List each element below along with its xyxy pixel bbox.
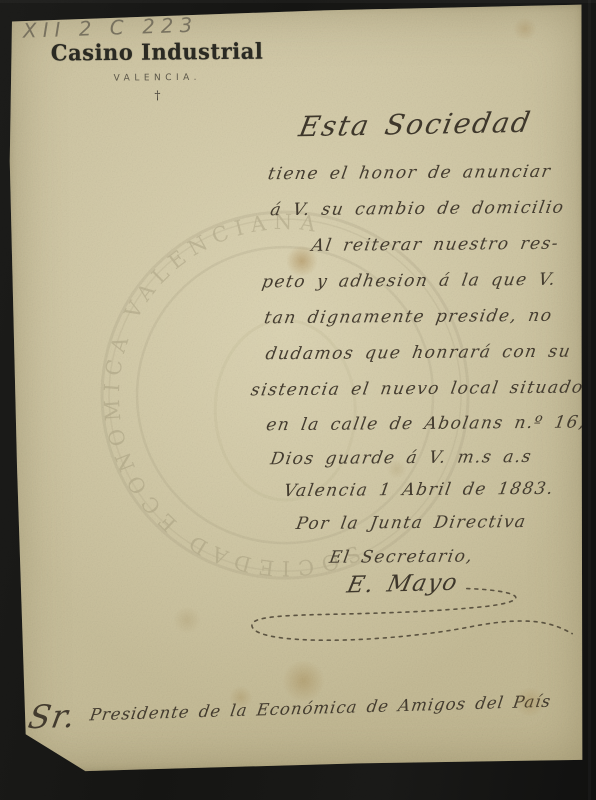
signature-flourish xyxy=(237,560,583,673)
letterhead-ornament-icon: † xyxy=(47,87,267,103)
letterhead: Casino Industrial VALENCIA. † xyxy=(47,38,268,103)
letter-line: en la calle de Abolans n.º 16, xyxy=(265,412,588,435)
letter-paper: XII 2 C 223 Casino Industrial VALENCIA. … xyxy=(7,4,590,773)
letterhead-city: VALENCIA. xyxy=(47,72,267,84)
stain xyxy=(172,607,202,633)
photo-of-letter: XII 2 C 223 Casino Industrial VALENCIA. … xyxy=(0,0,596,800)
stain xyxy=(512,18,538,40)
letter-line: tiene el honor de anunciar xyxy=(266,162,552,185)
frame-edge-highlight xyxy=(588,0,591,800)
letter-line: Por la Junta Directiva xyxy=(295,512,529,534)
letter-line: sistencia el nuevo local situado xyxy=(249,377,585,400)
frame-edge-highlight xyxy=(0,0,596,3)
letter-opening: Esta Sociedad xyxy=(296,106,534,144)
addressee-initial: Sr. xyxy=(25,697,79,737)
letter-line: dudamos que honrará con su a- xyxy=(264,341,596,364)
letter-line: tan dignamente preside, no xyxy=(263,306,555,329)
letter-line: peto y adhesion á la que V. xyxy=(260,270,558,293)
letter-line: á V. su cambio de domicilio xyxy=(269,198,566,221)
addressee-text: Presidente de la Económica de Amigos del… xyxy=(88,692,552,725)
letterhead-name: Casino Industrial xyxy=(47,38,267,66)
letter-date-line: Valencia 1 Abril de 1883. xyxy=(282,479,555,501)
letter-line: Al reiterar nuestro res- xyxy=(310,234,561,256)
letter-line: Dios guarde á V. m.s a.s xyxy=(269,447,534,469)
addressee-line: Sr.Presidente de la Económica de Amigos … xyxy=(28,682,585,736)
